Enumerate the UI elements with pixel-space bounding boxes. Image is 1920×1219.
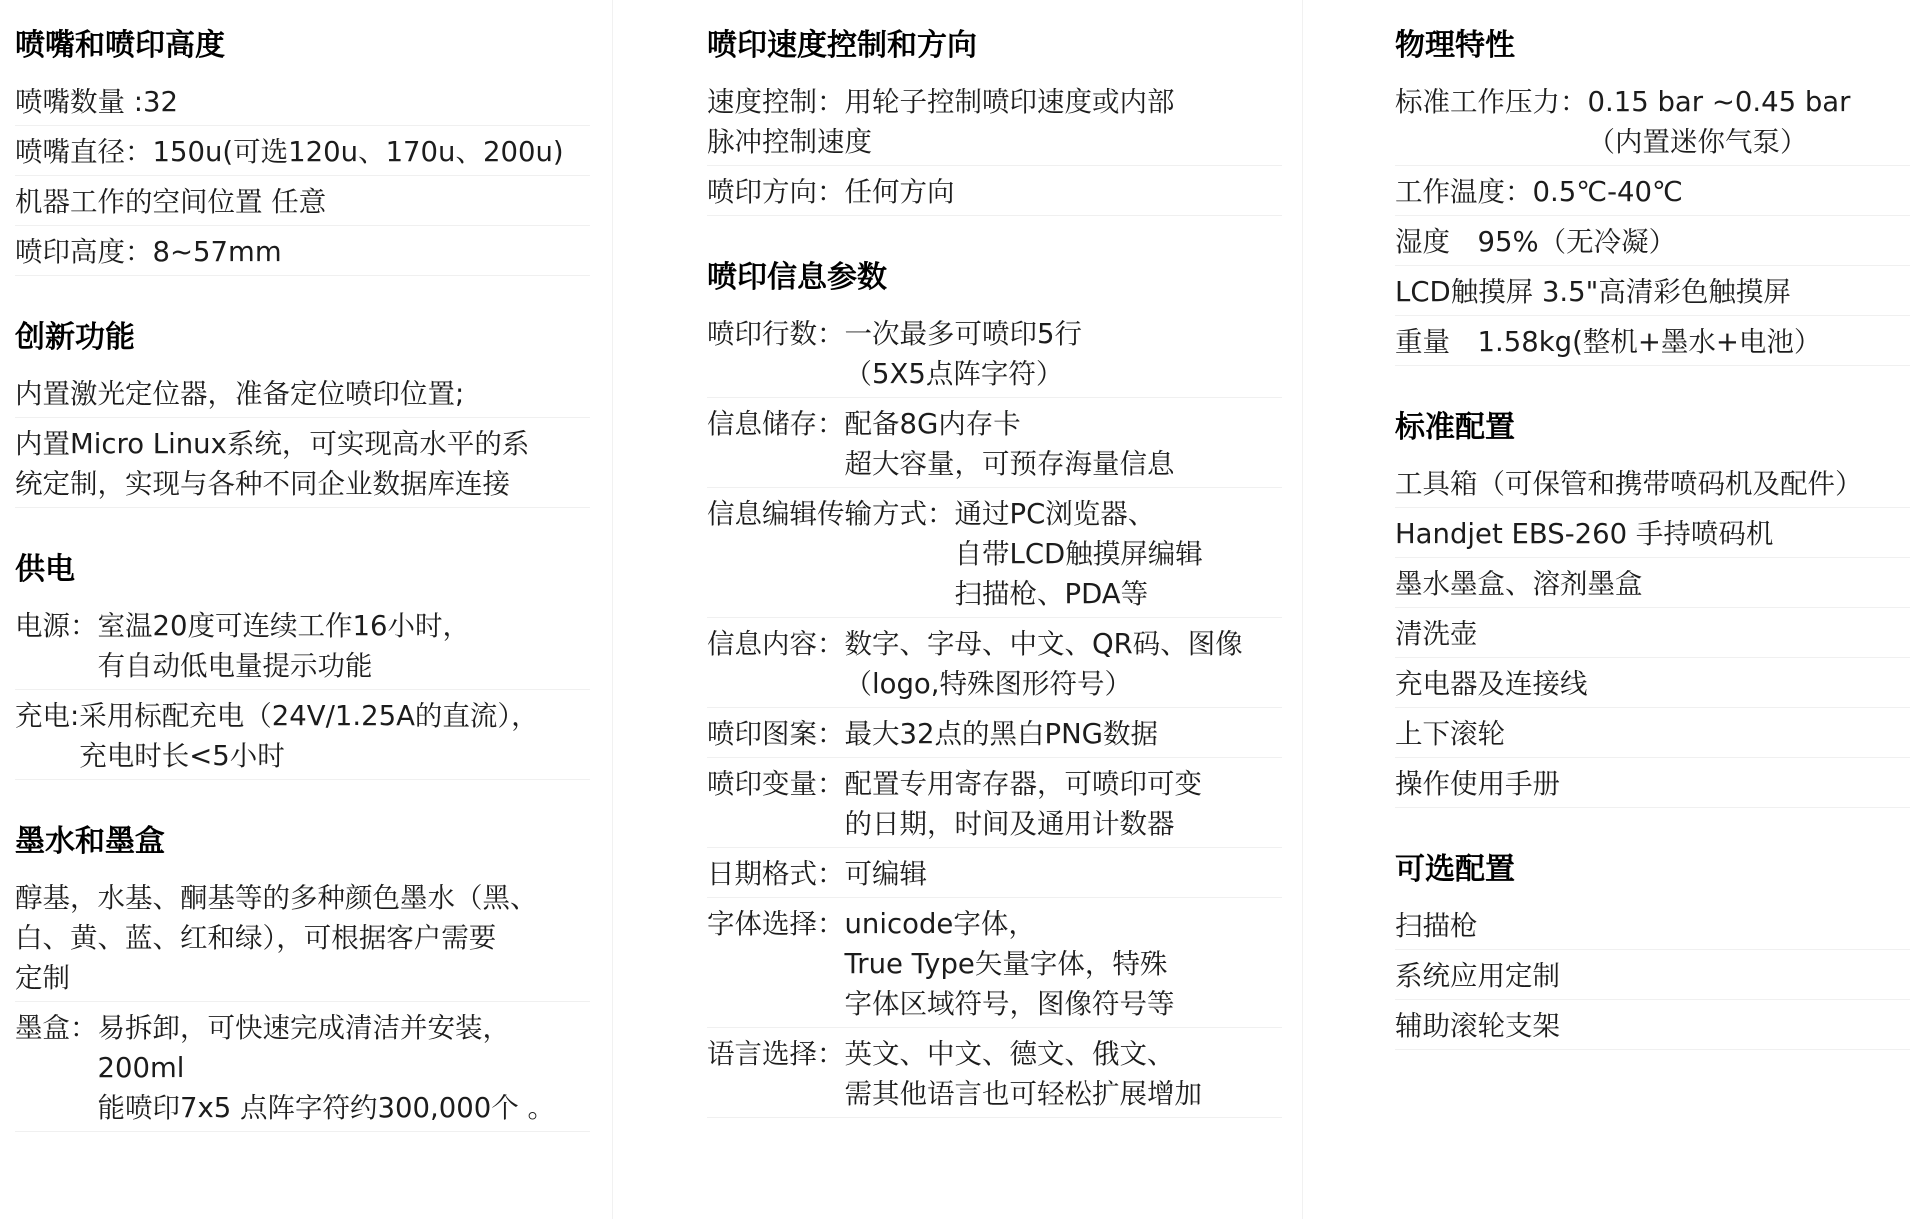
spec-text-line: 内置激光定位器，准备定位喷印位置; xyxy=(15,374,590,414)
section-optional-configuration: 可选配置扫描枪系统应用定制辅助滚轮支架 xyxy=(1395,848,1910,1050)
spec-value-line: 数字、字母、中文、QR码、图像 xyxy=(845,624,1283,664)
spec-value: 采用标配充电（24V/1.25A的直流），充电时长<5小时 xyxy=(79,696,590,776)
column-left: 喷嘴和喷印高度喷嘴数量 :32喷嘴直径：150u(可选120u、170u、200… xyxy=(15,0,590,1172)
spec-value: 通过PC浏览器、自带LCD触摸屏编辑扫描枪、PDA等 xyxy=(955,494,1283,614)
spec-row: 系统应用定制 xyxy=(1395,956,1910,1000)
spec-text-line: 脉冲控制速度 xyxy=(707,122,1282,162)
spec-value-line: 最大32点的黑白PNG数据 xyxy=(845,714,1283,754)
spec-row: 喷嘴直径：150u(可选120u、170u、200u) xyxy=(15,132,590,176)
spec-row: 湿度 95%（无冷凝） xyxy=(1395,222,1910,266)
section-heading: 供电 xyxy=(15,548,590,592)
spec-text-line: 操作使用手册 xyxy=(1395,764,1910,804)
spec-row: 充电: 采用标配充电（24V/1.25A的直流），充电时长<5小时 xyxy=(15,696,590,780)
spec-row: 重量 1.58kg(整机+墨水+电池） xyxy=(1395,322,1910,366)
section-heading: 喷印信息参数 xyxy=(707,256,1282,300)
spec-value-line: 采用标配充电（24V/1.25A的直流）， xyxy=(79,696,590,736)
spec-row: 墨水墨盒、溶剂墨盒 xyxy=(1395,564,1910,608)
spec-label: 信息内容： xyxy=(707,624,845,664)
spec-row: 信息编辑传输方式：通过PC浏览器、自带LCD触摸屏编辑扫描枪、PDA等 xyxy=(707,494,1282,618)
spec-value: 易拆卸，可快速完成清洁并安装，200ml能喷印7x5 点阵字符约300,000个… xyxy=(98,1008,591,1128)
spec-row: 工具箱（可保管和携带喷码机及配件） xyxy=(1395,464,1910,508)
spec-value: 一次最多可喷印5行（5X5点阵字符） xyxy=(845,314,1283,394)
spec-text-line: 内置Micro Linux系统，可实现高水平的系 xyxy=(15,424,590,464)
column-right: 物理特性标准工作压力：0.15 bar ~0.45 bar（内置迷你气泵）工作温… xyxy=(1395,0,1910,1090)
spec-value-line: unicode字体， xyxy=(845,904,1283,944)
section-heading: 创新功能 xyxy=(15,316,590,360)
spec-text-line: 上下滚轮 xyxy=(1395,714,1910,754)
spec-row: 工作温度：0.5℃-40℃ xyxy=(1395,172,1910,216)
section-heading: 可选配置 xyxy=(1395,848,1910,892)
section-ink-and-cartridge: 墨水和墨盒醇基，水基、酮基等的多种颜色墨水（黑、白、黄、蓝、红和绿），可根据客户… xyxy=(15,820,590,1132)
spec-value-line: 英文、中文、德文、俄文、 xyxy=(845,1034,1283,1074)
spec-text-line: 辅助滚轮支架 xyxy=(1395,1006,1910,1046)
spec-label: 墨盒： xyxy=(15,1008,98,1048)
spec-text-line: 喷印高度：8~57mm xyxy=(15,232,590,272)
spec-value: 数字、字母、中文、QR码、图像（logo,特殊图形符号） xyxy=(845,624,1283,704)
spec-text-line: 统定制，实现与各种不同企业数据库连接 xyxy=(15,464,590,504)
spec-label: 标准工作压力： xyxy=(1395,82,1588,122)
spec-value-line: 200ml xyxy=(98,1048,591,1088)
grid-line-right xyxy=(1302,0,1303,1219)
spec-value: 最大32点的黑白PNG数据 xyxy=(845,714,1283,754)
spec-row: 墨盒：易拆卸，可快速完成清洁并安装，200ml能喷印7x5 点阵字符约300,0… xyxy=(15,1008,590,1132)
spec-row: 内置激光定位器，准备定位喷印位置; xyxy=(15,374,590,418)
section-physical-characteristics: 物理特性标准工作压力：0.15 bar ~0.45 bar（内置迷你气泵）工作温… xyxy=(1395,24,1910,366)
spec-row: 喷印方向：任何方向 xyxy=(707,172,1282,216)
spec-row: 信息储存：配备8G内存卡超大容量，可预存海量信息 xyxy=(707,404,1282,488)
section-heading: 喷印速度控制和方向 xyxy=(707,24,1282,68)
section-speed-control-direction: 喷印速度控制和方向速度控制：用轮子控制喷印速度或内部脉冲控制速度喷印方向：任何方… xyxy=(707,24,1282,216)
spec-row: 日期格式：可编辑 xyxy=(707,854,1282,898)
spec-row: 机器工作的空间位置 任意 xyxy=(15,182,590,226)
spec-value-line: True Type矢量字体，特殊 xyxy=(845,944,1283,984)
column-middle: 喷印速度控制和方向速度控制：用轮子控制喷印速度或内部脉冲控制速度喷印方向：任何方… xyxy=(707,0,1282,1158)
spec-text-line: 墨水墨盒、溶剂墨盒 xyxy=(1395,564,1910,604)
spec-text-line: 重量 1.58kg(整机+墨水+电池） xyxy=(1395,322,1910,362)
spec-text-line: Handjet EBS-260 手持喷码机 xyxy=(1395,514,1910,554)
spec-row: 清洗壶 xyxy=(1395,614,1910,658)
spec-row: 喷印高度：8~57mm xyxy=(15,232,590,276)
spec-value-line: 充电时长<5小时 xyxy=(79,736,590,776)
spec-row: 喷印变量：配置专用寄存器，可喷印可变的日期，时间及通用计数器 xyxy=(707,764,1282,848)
spec-text-line: 工具箱（可保管和携带喷码机及配件） xyxy=(1395,464,1910,504)
spec-row: LCD触摸屏 3.5"高清彩色触摸屏 xyxy=(1395,272,1910,316)
section-heading: 标准配置 xyxy=(1395,406,1910,450)
spec-text-line: 清洗壶 xyxy=(1395,614,1910,654)
spec-text-line: 醇基，水基、酮基等的多种颜色墨水（黑、 xyxy=(15,878,590,918)
section-standard-configuration: 标准配置工具箱（可保管和携带喷码机及配件）Handjet EBS-260 手持喷… xyxy=(1395,406,1910,808)
section-heading: 喷嘴和喷印高度 xyxy=(15,24,590,68)
spec-row: 电源：室温20度可连续工作16小时，有自动低电量提示功能 xyxy=(15,606,590,690)
spec-value: 英文、中文、德文、俄文、需其他语言也可轻松扩展增加 xyxy=(845,1034,1283,1114)
spec-value-line: 可编辑 xyxy=(845,854,1283,894)
section-nozzle-and-print-height: 喷嘴和喷印高度喷嘴数量 :32喷嘴直径：150u(可选120u、170u、200… xyxy=(15,24,590,276)
spec-text-line: 定制 xyxy=(15,958,590,998)
spec-value: 0.15 bar ~0.45 bar（内置迷你气泵） xyxy=(1588,82,1911,162)
spec-value-line: 有自动低电量提示功能 xyxy=(98,646,591,686)
spec-text-line: 机器工作的空间位置 任意 xyxy=(15,182,590,222)
spec-value-line: （5X5点阵字符） xyxy=(845,354,1283,394)
spec-value-line: 通过PC浏览器、 xyxy=(955,494,1283,534)
spec-value-line: 字体区域符号，图像符号等 xyxy=(845,984,1283,1024)
spec-row: 扫描枪 xyxy=(1395,906,1910,950)
section-power-supply: 供电电源：室温20度可连续工作16小时，有自动低电量提示功能充电: 采用标配充电… xyxy=(15,548,590,780)
spec-row: Handjet EBS-260 手持喷码机 xyxy=(1395,514,1910,558)
spec-row: 标准工作压力：0.15 bar ~0.45 bar（内置迷你气泵） xyxy=(1395,82,1910,166)
spec-value-line: 配置专用寄存器，可喷印可变 xyxy=(845,764,1283,804)
section-print-info-parameters: 喷印信息参数喷印行数：一次最多可喷印5行（5X5点阵字符）信息储存：配备8G内存… xyxy=(707,256,1282,1118)
spec-text-line: 工作温度：0.5℃-40℃ xyxy=(1395,172,1910,212)
spec-value-line: 易拆卸，可快速完成清洁并安装， xyxy=(98,1008,591,1048)
spec-text-line: 白、黄、蓝、红和绿），可根据客户需要 xyxy=(15,918,590,958)
spec-label: 信息储存： xyxy=(707,404,845,444)
spec-label: 语言选择： xyxy=(707,1034,845,1074)
spec-row: 字体选择：unicode字体，True Type矢量字体，特殊字体区域符号，图像… xyxy=(707,904,1282,1028)
spec-label: 喷印变量： xyxy=(707,764,845,804)
spec-value-line: 0.15 bar ~0.45 bar xyxy=(1588,82,1911,122)
spec-value-line: 超大容量，可预存海量信息 xyxy=(845,444,1283,484)
spec-text-line: 喷嘴直径：150u(可选120u、170u、200u) xyxy=(15,132,590,172)
spec-text-line: 系统应用定制 xyxy=(1395,956,1910,996)
spec-value-line: 的日期，时间及通用计数器 xyxy=(845,804,1283,844)
spec-value-line: （内置迷你气泵） xyxy=(1588,122,1911,162)
spec-row: 喷印行数：一次最多可喷印5行（5X5点阵字符） xyxy=(707,314,1282,398)
spec-row: 信息内容：数字、字母、中文、QR码、图像（logo,特殊图形符号） xyxy=(707,624,1282,708)
spec-row: 操作使用手册 xyxy=(1395,764,1910,808)
spec-text-line: 喷嘴数量 :32 xyxy=(15,82,590,122)
spec-value-line: 能喷印7x5 点阵字符约300,000个 。 xyxy=(98,1088,591,1128)
spec-text-line: 速度控制：用轮子控制喷印速度或内部 xyxy=(707,82,1282,122)
grid-line-left xyxy=(612,0,613,1219)
spec-label: 喷印行数： xyxy=(707,314,845,354)
spec-row: 上下滚轮 xyxy=(1395,714,1910,758)
spec-value-line: 需其他语言也可轻松扩展增加 xyxy=(845,1074,1283,1114)
spec-label: 充电: xyxy=(15,696,79,736)
section-heading: 物理特性 xyxy=(1395,24,1910,68)
spec-value-line: 自带LCD触摸屏编辑 xyxy=(955,534,1283,574)
spec-label: 信息编辑传输方式： xyxy=(707,494,955,534)
spec-text-line: 湿度 95%（无冷凝） xyxy=(1395,222,1910,262)
spec-row: 喷印图案：最大32点的黑白PNG数据 xyxy=(707,714,1282,758)
section-innovative-features: 创新功能内置激光定位器，准备定位喷印位置;内置Micro Linux系统，可实现… xyxy=(15,316,590,508)
spec-row: 充电器及连接线 xyxy=(1395,664,1910,708)
spec-row: 喷嘴数量 :32 xyxy=(15,82,590,126)
spec-value-line: 一次最多可喷印5行 xyxy=(845,314,1283,354)
spec-label: 喷印图案： xyxy=(707,714,845,754)
spec-text-line: LCD触摸屏 3.5"高清彩色触摸屏 xyxy=(1395,272,1910,312)
spec-value: 配备8G内存卡超大容量，可预存海量信息 xyxy=(845,404,1283,484)
spec-row: 语言选择：英文、中文、德文、俄文、需其他语言也可轻松扩展增加 xyxy=(707,1034,1282,1118)
spec-label: 电源： xyxy=(15,606,98,646)
spec-label: 日期格式： xyxy=(707,854,845,894)
spec-value: 室温20度可连续工作16小时，有自动低电量提示功能 xyxy=(98,606,591,686)
spec-text-line: 喷印方向：任何方向 xyxy=(707,172,1282,212)
spec-value: 配置专用寄存器，可喷印可变的日期，时间及通用计数器 xyxy=(845,764,1283,844)
section-heading: 墨水和墨盒 xyxy=(15,820,590,864)
spec-value-line: 扫描枪、PDA等 xyxy=(955,574,1283,614)
spec-text-line: 扫描枪 xyxy=(1395,906,1910,946)
spec-label: 字体选择： xyxy=(707,904,845,944)
spec-value: 可编辑 xyxy=(845,854,1283,894)
spec-value-line: 室温20度可连续工作16小时， xyxy=(98,606,591,646)
spec-value: unicode字体，True Type矢量字体，特殊字体区域符号，图像符号等 xyxy=(845,904,1283,1024)
spec-text-line: 充电器及连接线 xyxy=(1395,664,1910,704)
spec-value-line: （logo,特殊图形符号） xyxy=(845,664,1283,704)
spec-row: 速度控制：用轮子控制喷印速度或内部脉冲控制速度 xyxy=(707,82,1282,166)
spec-value-line: 配备8G内存卡 xyxy=(845,404,1283,444)
spec-row: 辅助滚轮支架 xyxy=(1395,1006,1910,1050)
spec-row: 内置Micro Linux系统，可实现高水平的系统定制，实现与各种不同企业数据库… xyxy=(15,424,590,508)
spec-sheet: 喷嘴和喷印高度喷嘴数量 :32喷嘴直径：150u(可选120u、170u、200… xyxy=(0,0,1920,1219)
spec-row: 醇基，水基、酮基等的多种颜色墨水（黑、白、黄、蓝、红和绿），可根据客户需要定制 xyxy=(15,878,590,1002)
